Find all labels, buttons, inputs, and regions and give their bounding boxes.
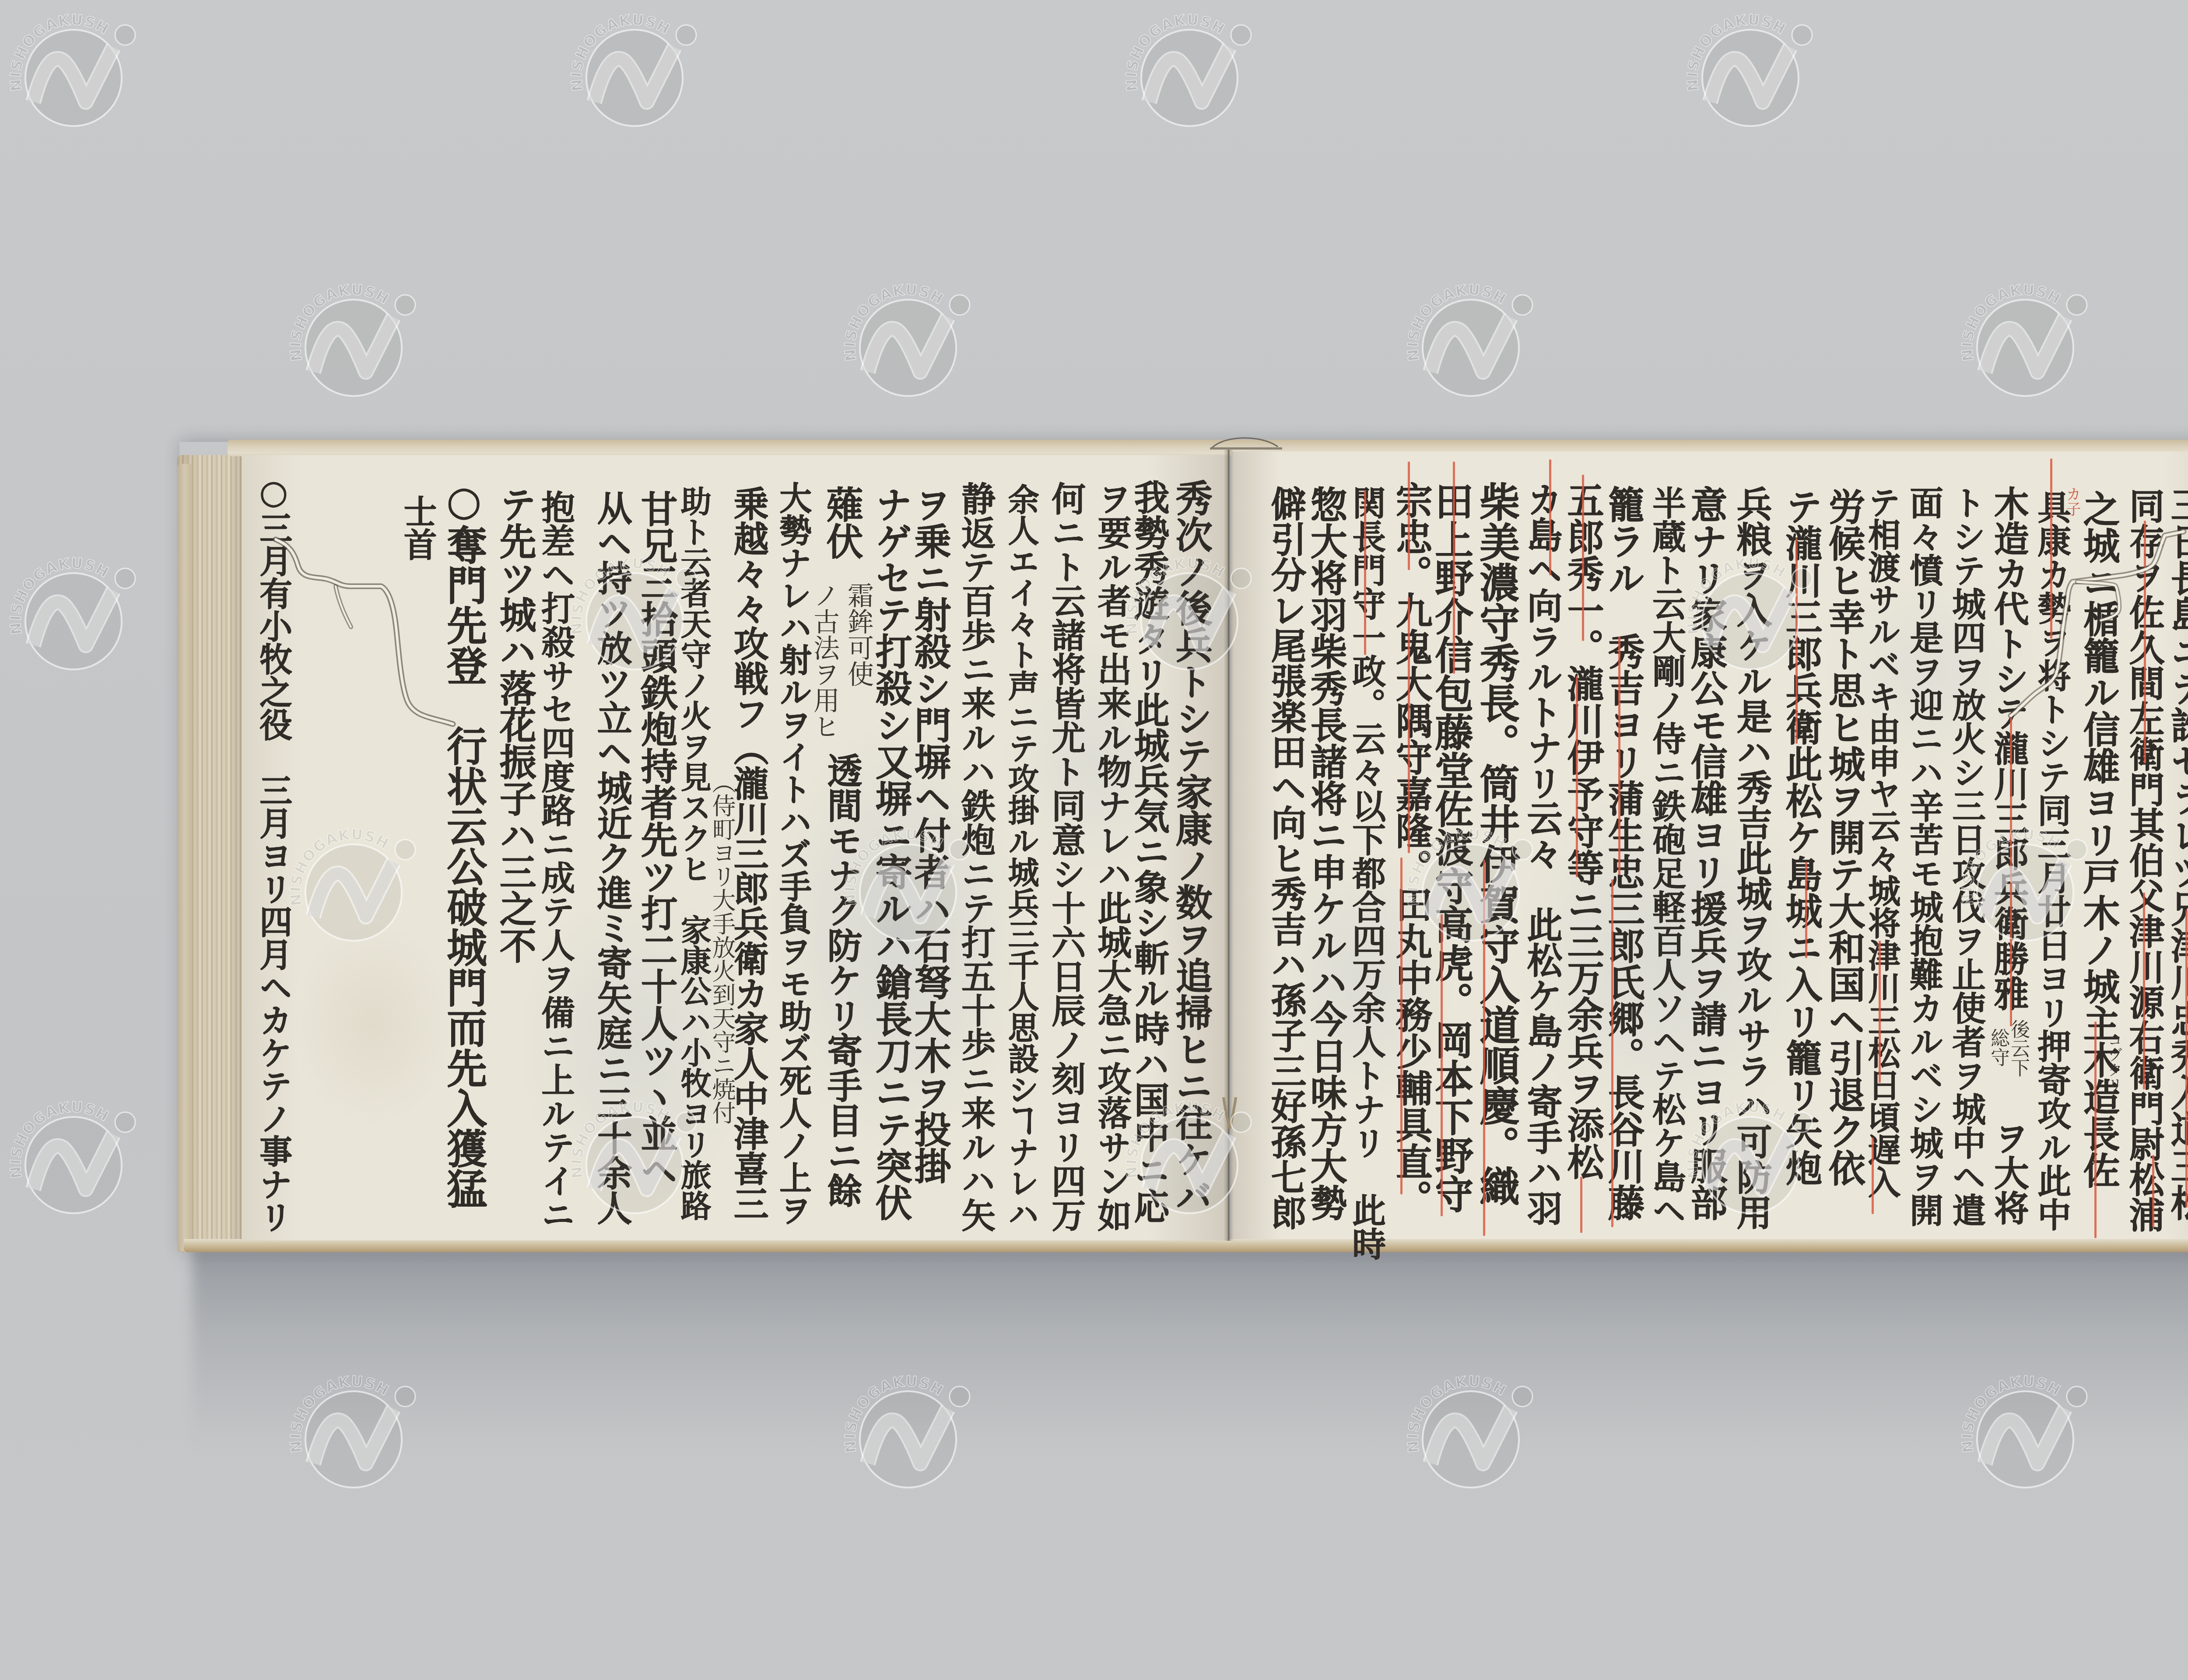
watermark-logo bbox=[287, 281, 415, 396]
red-line-mark bbox=[1611, 879, 1613, 1227]
text-column: 从ヘ持ツ放ツ立ヘ城近ク進ミ寄矢庭ニ三十余人 bbox=[594, 490, 629, 1225]
watermark-logo bbox=[1683, 11, 1812, 126]
text-column: 意ナリ家康公モ信雄ヨリ援兵ヲ請ニヨリ服部 bbox=[1688, 486, 1725, 1221]
book-drop-shadow bbox=[193, 1245, 2188, 1446]
ruby-reading: コヅクリ bbox=[2106, 1032, 2121, 1092]
watermark-logo bbox=[1404, 281, 1532, 396]
text-column: 惣大将羽柴秀長諸将ニ申ケルハ今日味方大勢 bbox=[1308, 486, 1344, 1221]
text-column: 抱差ヘ打殺サセ四度路ニ成テ人ヲ備ニ上ルテイニ bbox=[538, 490, 572, 1231]
interlinear-note: 総守 bbox=[1988, 1028, 2008, 1067]
red-line-mark bbox=[1580, 1177, 1582, 1233]
interlinear-note: 後云下 bbox=[2009, 1019, 2028, 1077]
text-column: 余人エイ々ト声ニテ攻掛ル城兵三千人思設シヿナレハ bbox=[1006, 483, 1037, 1229]
text-column: 乗越々々攻戦フ（瀧川三郎兵衛カ家人中津喜三 bbox=[731, 486, 766, 1221]
red-line-mark bbox=[1805, 862, 1807, 958]
red-line-mark bbox=[2094, 1022, 2097, 1238]
text-column: 静返テ百歩ニ来ルハ鉄炮ニテ打五十歩ニ来ルハ矢 bbox=[958, 481, 992, 1232]
watermark-logo bbox=[568, 11, 696, 126]
text-column: ナゲセテ打殺シ又塀ニ寄ルハ鎗長刀ニテ突伏 bbox=[873, 486, 909, 1221]
text-column: 半蔵ト云大剛ノ侍ニ鉄砲足軽百人ソヘテ松ケ島ヘ bbox=[1649, 486, 1683, 1227]
text-column: 田上野介信包藤堂佐渡守高虎。岡本下野守 bbox=[1432, 481, 1471, 1213]
binding-thread-top bbox=[1208, 427, 1287, 453]
text-column: カ島ヘ向ラルトナリ云々 此松ケ島ノ寄手ハ羽 bbox=[1524, 481, 1560, 1225]
watermark-logo bbox=[7, 11, 135, 126]
text-column: 柴美濃守秀長。筒井伊賀守入道順慶。織 bbox=[1476, 481, 1517, 1206]
text-column: 籠ラル 秀吉ヨリ蒲生忠三郎氏郷。長谷川藤 bbox=[1605, 486, 1642, 1221]
text-column: 薙伏 bbox=[824, 486, 860, 559]
bottom-page-stack-edge bbox=[184, 1239, 2188, 1252]
text-column: 木造カ代トシテ瀧川三郎兵衛勝雅 bbox=[1991, 486, 2026, 1011]
red-line-mark bbox=[1441, 914, 1443, 1216]
red-line-mark bbox=[1400, 857, 1403, 1194]
red-line-mark bbox=[1483, 860, 1485, 1236]
text-column: テ瀧川三郎兵衛此松ケ島城ニ入リ籠リ矢炮 bbox=[1783, 488, 1820, 1186]
text-column: 僻引分レ尾張楽田ヘ向ヒ秀吉ハ孫子三好孫七郎 bbox=[1268, 486, 1304, 1230]
red-line-mark bbox=[2050, 458, 2052, 639]
text-column: 兵粮ヲ入ケル是ハ秀吉此城ヲ攻ルサラハ可防用 bbox=[1734, 486, 1769, 1230]
red-line-mark bbox=[1549, 459, 1551, 575]
red-line-mark bbox=[1879, 941, 1881, 1083]
red-line-mark bbox=[1576, 676, 1578, 877]
text-column: 何ニト云諸将皆尤ト同意シ十六日辰ノ刻ヨリ四万 bbox=[1048, 481, 1083, 1232]
text-column: 秀次ノ後兵トシテ家康ノ数ヲ追掃ヒニ往ケバ bbox=[1173, 479, 1210, 1214]
text-column: ヲ要ル者モ出来ル物ナレハ此城大急ニ攻落サン如 bbox=[1094, 481, 1129, 1232]
red-line-mark bbox=[1408, 597, 1410, 853]
red-line-mark bbox=[1453, 462, 1455, 674]
text-column: 労候ヒ幸ト思ヒ城ヲ開テ大和国ヘ引退ク依 bbox=[1826, 488, 1862, 1186]
red-line-mark bbox=[2185, 910, 2188, 1207]
binding-thread-bottom bbox=[1221, 1094, 1238, 1133]
text-column: 士首 bbox=[401, 494, 434, 561]
red-line-mark bbox=[1364, 490, 1366, 655]
watermark-logo bbox=[841, 281, 970, 396]
red-line-mark bbox=[2152, 1155, 2154, 1227]
interlinear-note: ノ古法ヲ用ヒ bbox=[811, 582, 838, 739]
text-column: 甘兄三拾頭鉄炮持者先ツ打二十人ツヽ並ヘ bbox=[638, 490, 675, 1188]
red-line-mark bbox=[1582, 475, 1584, 641]
red-line-mark bbox=[2143, 892, 2145, 1089]
text-column: テ先ツ城ハ落花振子ハ三之不 bbox=[497, 486, 533, 963]
interlinear-note: （侍町ヨリ大手放火到天守ニ焼付 bbox=[710, 770, 734, 1124]
text-column: ヲ乗ニ射殺シ門塀ヘ付者ハ石弩大木ヲ投掛 bbox=[912, 486, 948, 1184]
text-column-lower: 透間モナク防ケリ寄手目ニ餘 bbox=[824, 752, 859, 1207]
section-heading-column: ○奪門先登 行状云公破城門而先入獲猛 bbox=[444, 477, 484, 1208]
watermark-logo bbox=[7, 1098, 135, 1213]
text-column: 我勢秀遊タリ此城兵気ニ象シ斬ル時ハ国中ニ応 bbox=[1131, 479, 1167, 1223]
interlinear-note: 霜鉾可使 bbox=[845, 582, 872, 687]
text-column: テ相渡サルベキ由申ヤ云々城将津川三松日頃遅入 bbox=[1865, 486, 1898, 1198]
red-line-mark bbox=[2010, 713, 2012, 1026]
text-column: 宗忠。九鬼大隅守嘉隆。田丸中務少輔具直。 bbox=[1393, 481, 1430, 1216]
text-column: 助ト云者天守ノ火ヲ見スクヒ 家康公ハ小牧ヨリ旅路 bbox=[678, 486, 709, 1221]
red-line-mark bbox=[2144, 521, 2146, 763]
text-column: トシテ城四ヲ放火シ三日攻伐ヲ止使者ヲ城中ヘ遣 bbox=[1949, 486, 1983, 1227]
text-column-lower: ヲ大将 bbox=[1991, 1120, 2026, 1225]
watermark-logo bbox=[1122, 11, 1251, 126]
red-line-mark bbox=[1408, 462, 1410, 570]
watermark-logo bbox=[1958, 281, 2087, 396]
left-cover-edge bbox=[177, 464, 192, 1251]
text-column: 面々憤リ是ヲ迎ニハ辛苦モ城抱難カルベシ城ヲ開 bbox=[1907, 486, 1940, 1227]
watermark-logo bbox=[7, 554, 135, 669]
red-line-mark bbox=[1618, 637, 1620, 875]
text-column: 大勢ナレハ射ルヲイトハズ手負ヲモ助ズ死人ノ上ヲ bbox=[777, 481, 809, 1226]
red-line-mark bbox=[1795, 538, 1798, 744]
section-heading-column: ○三月有小牧之役 三月ヨリ四月ヘカケテノ事ナリ bbox=[257, 472, 290, 1233]
red-line-mark bbox=[1872, 1137, 1874, 1214]
